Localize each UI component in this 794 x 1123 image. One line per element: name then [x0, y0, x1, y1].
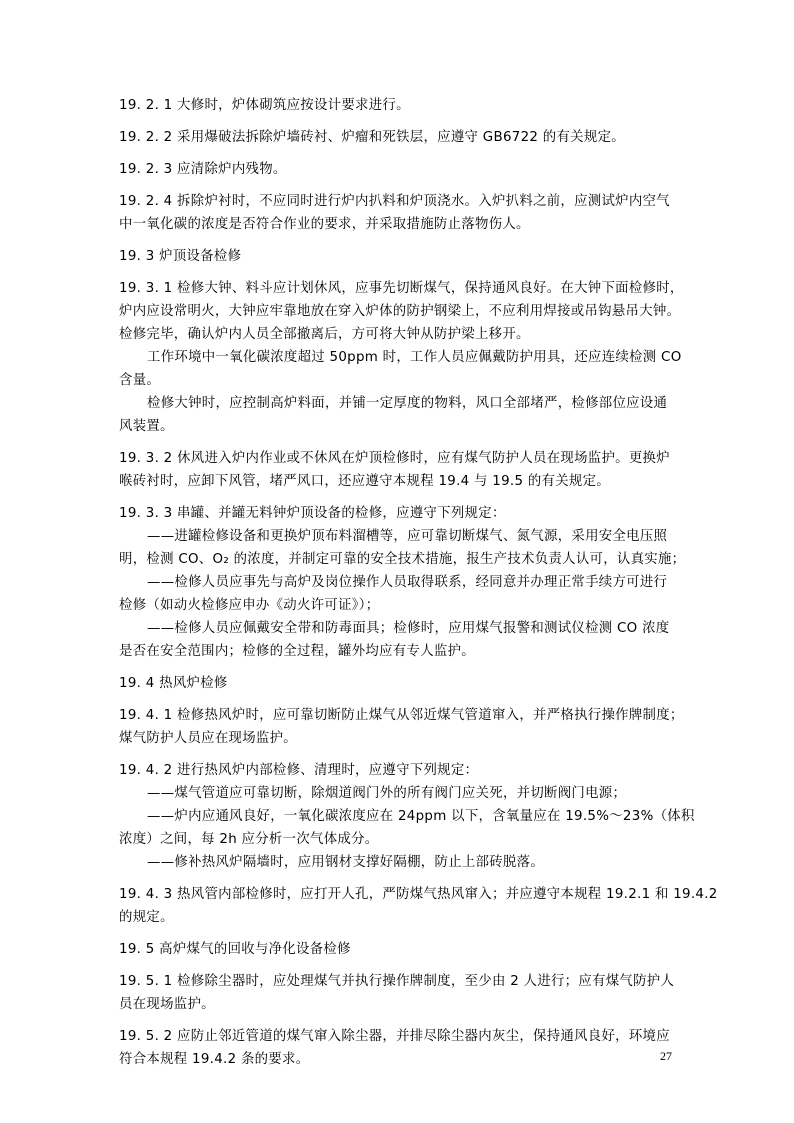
- text-line: 19. 3. 1 检修大钟、料斗应计划休风，应事先切断煤气，保持通风良好。在大钟…: [119, 277, 677, 300]
- text-line: 19. 4. 3 热风管内部检修时，应打开人孔，严防煤气热风窜入；并应遵守本规程…: [119, 883, 677, 906]
- text-line: 检修（如动火检修应申办《动火许可证》）；: [119, 594, 677, 617]
- text-line: 员在现场监护。: [119, 993, 677, 1016]
- text-line: 含量。: [119, 369, 677, 392]
- list-item-line: ——进罐检修设备和更换炉顶布料溜槽等，应可靠切断煤气、氮气源，采用安全电压照: [119, 525, 677, 548]
- text-line: 的规定。: [119, 906, 677, 929]
- text-line: 19. 5. 2 应防止邻近管道的煤气窜入除尘器，并排尽除尘器内灰尘，保持通风良…: [119, 1025, 677, 1048]
- clause-19-3-3: 19. 3. 3 串罐、并罐无料钟炉顶设备的检修，应遵守下列规定： ——进罐检修…: [119, 502, 677, 663]
- text-line: 19. 3. 3 串罐、并罐无料钟炉顶设备的检修，应遵守下列规定：: [119, 502, 677, 525]
- heading-text: 19. 5 高炉煤气的回收与净化设备检修: [119, 938, 677, 961]
- text-line: 炉内应设常明火，大钟应牢靠地放在穿入炉体的防护钢梁上，不应利用焊接或吊钩悬吊大钟…: [119, 300, 677, 323]
- section-heading-19-4: 19. 4 热风炉检修: [119, 672, 677, 695]
- list-item-line: ——检修人员应事先与高炉及岗位操作人员取得联系，经同意并办理正常手续方可进行: [119, 571, 677, 594]
- text-line: 工作环境中一氧化碳浓度超过 50ppm 时，工作人员应佩戴防护用具，还应连续检测…: [119, 346, 677, 369]
- text-line: 19. 2. 4 拆除炉衬时，不应同时进行炉内扒料和炉顶浇水。入炉扒料之前，应测…: [119, 190, 677, 213]
- text-line: 风装置。: [119, 415, 677, 438]
- clause-19-3-1: 19. 3. 1 检修大钟、料斗应计划休风，应事先切断煤气，保持通风良好。在大钟…: [119, 277, 677, 438]
- list-item-line: ——检修人员应佩戴安全带和防毒面具；检修时，应用煤气报警和测试仪检测 CO 浓度: [119, 617, 677, 640]
- document-body: 19. 2. 1 大修时，炉体砌筑应按设计要求进行。 19. 2. 2 采用爆破…: [119, 94, 677, 1080]
- clause-19-4-2: 19. 4. 2 进行热风炉内部检修、清理时，应遵守下列规定： ——煤气管道应可…: [119, 759, 677, 874]
- text-line: 19. 2. 1 大修时，炉体砌筑应按设计要求进行。: [119, 94, 677, 117]
- text-line: 19. 4. 2 进行热风炉内部检修、清理时，应遵守下列规定：: [119, 759, 677, 782]
- list-item-line: ——煤气管道应可靠切断，除烟道阀门外的所有阀门应关死，并切断阀门电源；: [119, 782, 677, 805]
- section-heading-19-3: 19. 3 炉顶设备检修: [119, 245, 677, 268]
- clause-19-2-1: 19. 2. 1 大修时，炉体砌筑应按设计要求进行。: [119, 94, 677, 117]
- document-page: 19. 2. 1 大修时，炉体砌筑应按设计要求进行。 19. 2. 2 采用爆破…: [0, 0, 794, 1123]
- heading-text: 19. 3 炉顶设备检修: [119, 245, 677, 268]
- text-line: 19. 4. 1 检修热风炉时，应可靠切断防止煤气从邻近煤气管道窜入，并严格执行…: [119, 704, 677, 727]
- section-heading-19-5: 19. 5 高炉煤气的回收与净化设备检修: [119, 938, 677, 961]
- clause-19-2-4: 19. 2. 4 拆除炉衬时，不应同时进行炉内扒料和炉顶浇水。入炉扒料之前，应测…: [119, 190, 677, 236]
- clause-19-3-2: 19. 3. 2 休风进入炉内作业或不休风在炉顶检修时，应有煤气防护人员在现场监…: [119, 447, 677, 493]
- list-item-line: ——修补热风炉隔墙时，应用钢材支撑好隔棚，防止上部砖脱落。: [119, 851, 677, 874]
- page-number: 27: [660, 1049, 672, 1064]
- clause-19-5-1: 19. 5. 1 检修除尘器时，应处理煤气并执行操作牌制度，至少由 2 人进行；…: [119, 970, 677, 1016]
- text-line: 19. 2. 2 采用爆破法拆除炉墙砖衬、炉瘤和死铁层，应遵守 GB6722 的…: [119, 126, 677, 149]
- text-line: 明，检测 CO、O₂ 的浓度，并制定可靠的安全技术措施，报生产技术负责人认可，认…: [119, 548, 677, 571]
- clause-19-2-3: 19. 2. 3 应清除炉内残物。: [119, 158, 677, 181]
- text-line: 19. 2. 3 应清除炉内残物。: [119, 158, 677, 181]
- text-line: 中一氧化碳的浓度是否符合作业的要求，并采取措施防止落物伤人。: [119, 213, 677, 236]
- text-line: 检修完毕，确认炉内人员全部撤离后，方可将大钟从防护梁上移开。: [119, 323, 677, 346]
- text-line: 19. 5. 1 检修除尘器时，应处理煤气并执行操作牌制度，至少由 2 人进行；…: [119, 970, 677, 993]
- text-line: 煤气防护人员应在现场监护。: [119, 727, 677, 750]
- clause-19-4-1: 19. 4. 1 检修热风炉时，应可靠切断防止煤气从邻近煤气管道窜入，并严格执行…: [119, 704, 677, 750]
- text-line: 19. 3. 2 休风进入炉内作业或不休风在炉顶检修时，应有煤气防护人员在现场监…: [119, 447, 677, 470]
- heading-text: 19. 4 热风炉检修: [119, 672, 677, 695]
- text-line: 喉砖衬时，应卸下风管，堵严风口，还应遵守本规程 19.4 与 19.5 的有关规…: [119, 470, 677, 493]
- clause-19-2-2: 19. 2. 2 采用爆破法拆除炉墙砖衬、炉瘤和死铁层，应遵守 GB6722 的…: [119, 126, 677, 149]
- list-item-line: ——炉内应通风良好，一氧化碳浓度应在 24ppm 以下，含氧量应在 19.5%～…: [119, 805, 677, 828]
- text-line: 浓度）之间，每 2h 应分析一次气体成分。: [119, 828, 677, 851]
- text-line: 检修大钟时，应控制高炉料面，并铺一定厚度的物料，风口全部堵严，检修部位应设通: [119, 392, 677, 415]
- clause-19-5-2: 19. 5. 2 应防止邻近管道的煤气窜入除尘器，并排尽除尘器内灰尘，保持通风良…: [119, 1025, 677, 1071]
- clause-19-4-3: 19. 4. 3 热风管内部检修时，应打开人孔，严防煤气热风窜入；并应遵守本规程…: [119, 883, 677, 929]
- text-line: 符合本规程 19.4.2 条的要求。: [119, 1048, 677, 1071]
- text-line: 是否在安全范围内；检修的全过程，罐外均应有专人监护。: [119, 640, 677, 663]
